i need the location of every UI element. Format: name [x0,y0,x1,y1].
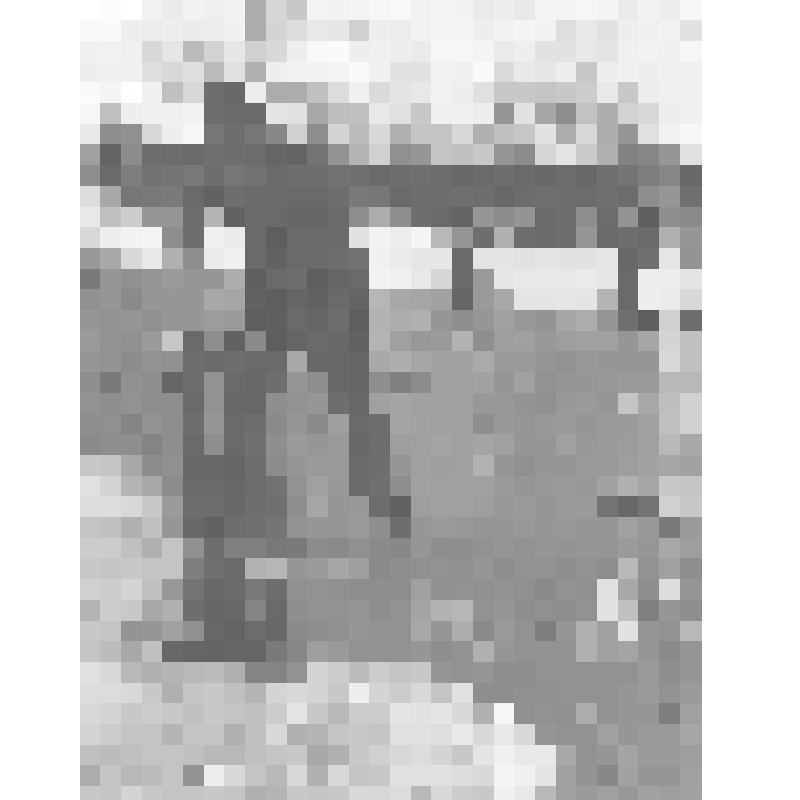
screenshot-root [0,0,800,800]
pixelated-photo [0,0,800,800]
